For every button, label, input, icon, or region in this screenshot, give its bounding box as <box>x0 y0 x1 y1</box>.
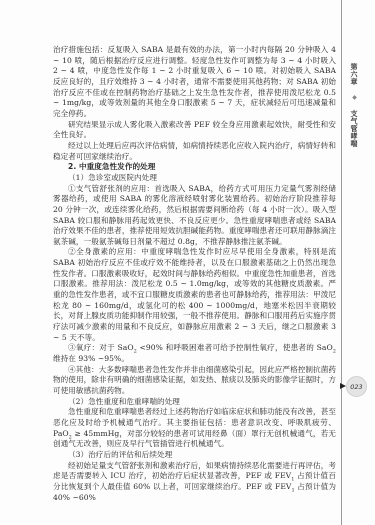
paragraph-bronchodilators: ①支气管舒张剂的应用：首选吸入 SABA，给药方式可用压力定量气雾剂经储雾器给药… <box>53 184 336 248</box>
paragraph-reassessment: 经过以上处理后应再次评估病情，如病情持续恶化应收入院内治疗，病情好转和稳定者可回… <box>53 141 336 162</box>
chapter-number: 第六章 <box>350 63 358 86</box>
section-heading-moderate-severe: 2. 中重度急性发作的处理 <box>53 162 336 173</box>
book-page: 治疗措施包括：反复吸入 SABA 是最有效的办法，第一小时内每隔 20 分钟吸入… <box>0 0 375 525</box>
oxygen-text-b: <90% 和呼吸困难者可给予控制性氧疗，使患者的 SaO <box>137 343 333 352</box>
subheading-critical-asthma: （2）急性重度和危重哮喘的处理 <box>53 397 336 408</box>
paragraph-systemic-steroids: ②全身激素的应用：中重度哮喘急性发作时应尽早使用全身激素，特别是流 SABA 初… <box>53 247 336 343</box>
paragraph-oxygen-therapy: ③氧疗：对于 SaO2 <90% 和呼吸困难者可给予控制性氧疗，使患者的 SaO… <box>53 343 336 364</box>
ventilation-text-b: ≥ 45mmHg，对部分较轻的患者可试用经鼻（面）罩行无创机械通气，若无创通气无… <box>53 429 336 449</box>
page-body: 治疗措施包括：反复吸入 SABA 是最有效的办法，第一小时内每隔 20 分钟吸入… <box>53 45 336 503</box>
oxygen-text-c: 维持在 93% ~95%。 <box>53 354 129 363</box>
margin-rule <box>341 0 342 525</box>
subheading-emergency-room: （1）急诊室或医院内处理 <box>53 173 336 184</box>
diamond-icon: ◆ <box>351 94 358 102</box>
paragraph-mechanical-ventilation: 急性重度和危重哮喘患者经过上述药物治疗如临床症状和肺功能没有改善，甚至恶化应及时… <box>53 407 336 450</box>
paragraph-post-treatment: 经初始足量支气管舒张剂和激素治疗后，如果病情持续恶化需要进行再评估，考虑是否需要… <box>53 461 336 504</box>
paragraph-inhaled-steroid-research: 研究结果显示成人雾化吸入激素改善 PEF 较全身应用激素起效快，耐受性和安全性良… <box>53 120 336 141</box>
page-number-badge: 023 <box>346 376 367 397</box>
paragraph-antibiotics: ④其他：大多数哮喘患者急性发作并非由细菌感染引起，因此应严格控制抗菌药物的使用，… <box>53 365 336 397</box>
oxygen-text-a: ③氧疗：对于 SaO <box>68 343 134 352</box>
subscript: 2 <box>333 349 336 355</box>
paragraph-saba-treatment: 治疗措施包括：反复吸入 SABA 是最有效的办法，第一小时内每隔 20 分钟吸入… <box>53 45 336 120</box>
chapter-title: 支气管哮喘 <box>350 110 358 148</box>
chapter-tab: 第六章 ◆ 支气管哮喘 <box>344 63 358 148</box>
subheading-post-treatment: （3）治疗后的评估和后续处理 <box>53 450 336 461</box>
